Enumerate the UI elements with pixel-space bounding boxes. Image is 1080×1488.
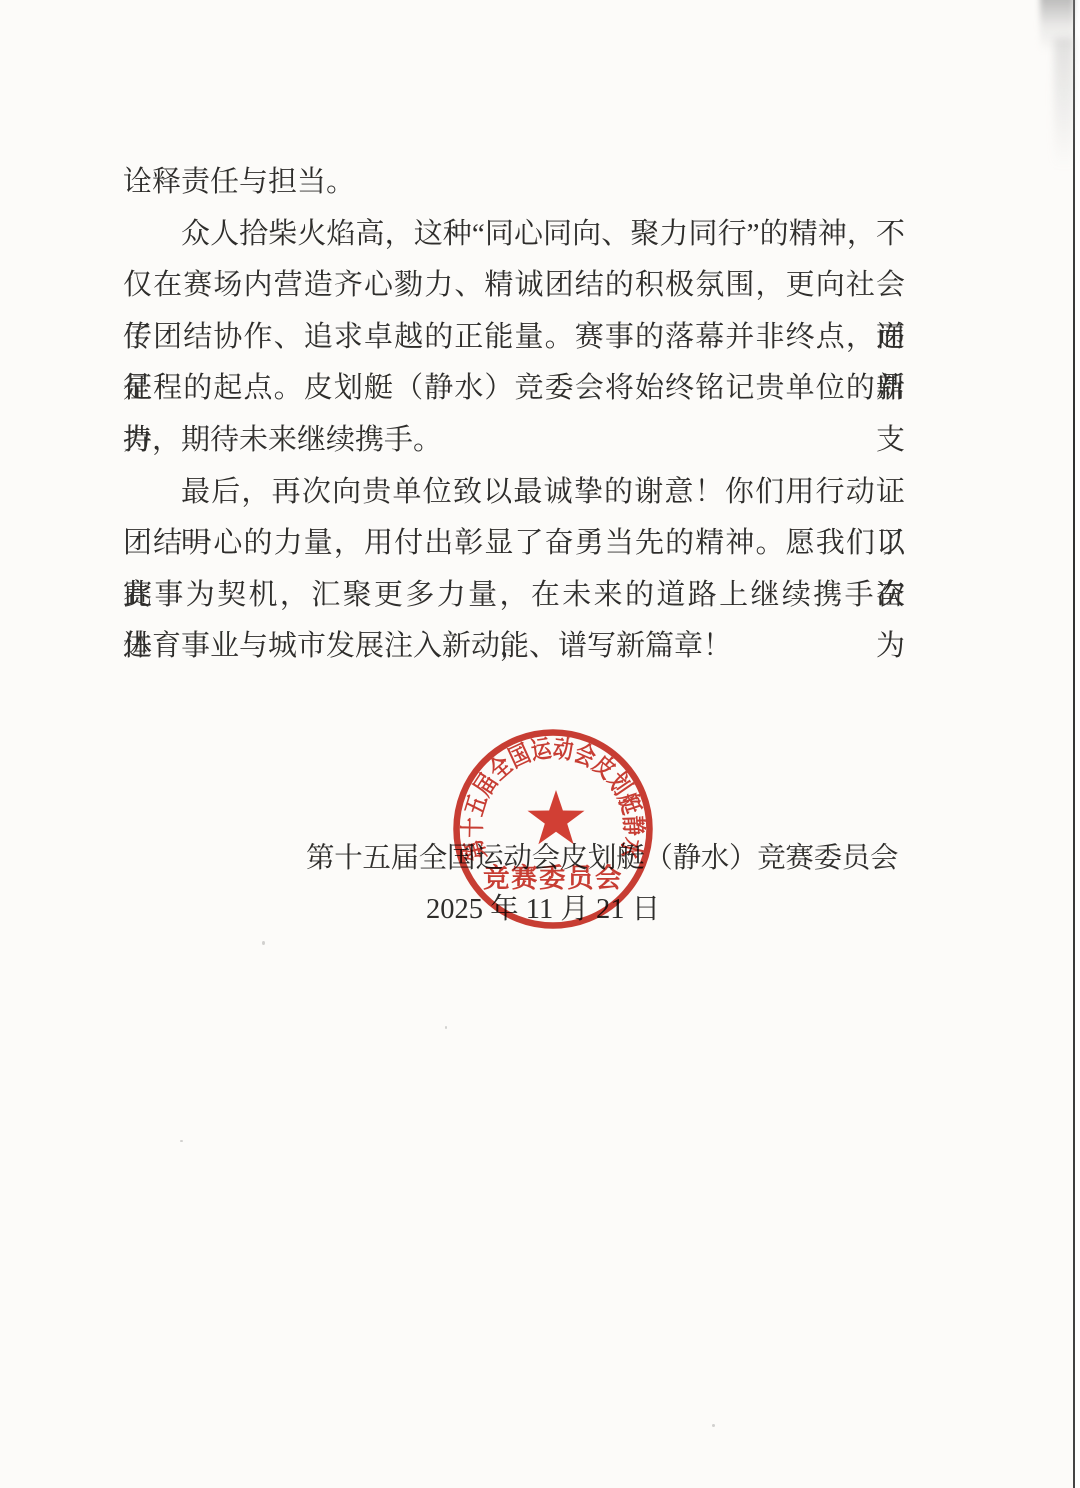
scan-speck [262,941,265,945]
scanned-letter-page: 诠释责任与担当。 众人拾柴火焰高，这种“同心同向、聚力同行”的精神，不 仅在赛场… [0,0,1080,1488]
signature-line: 第十五届全国运动会皮划艇（静水）竞赛委员会 [306,835,898,876]
body-line: 团结一心的力量，用付出彰显了奋勇当先的精神。愿我们以此次 [123,518,905,570]
scan-speck [712,1424,715,1427]
body-line: 最后，再次向贵单位致以最诚挚的谢意！你们用行动证明了 [123,467,905,519]
body-line: 仅在赛场内营造齐心勠力、精诚团结的积极氛围，更向社会传递 [123,260,905,312]
body-line: 诠释责任与担当。 [123,157,905,209]
scan-speck [445,1026,447,1029]
scan-edge-smudge [1054,38,1074,168]
scan-speck [180,1140,183,1142]
letter-body: 诠释责任与担当。 众人拾柴火焰高，这种“同心同向、聚力同行”的精神，不 仅在赛场… [123,157,905,673]
scan-edge-line [1073,0,1075,1488]
body-line: 赛事为契机，汇聚更多力量，在未来的道路上继续携手奋进，为 [123,570,905,622]
body-line: 众人拾柴火焰高，这种“同心同向、聚力同行”的精神，不 [123,209,905,261]
date-line: 2025 年 11 月 21 日 [426,886,660,927]
body-line: 了团结协作、追求卓越的正能量。赛事的落幕并非终点，而是新 [123,312,905,364]
body-line: 征程的起点。皮划艇（静水）竞委会将始终铭记贵单位的鼎力支 [123,363,905,415]
scan-right-margin [1075,0,1080,1488]
